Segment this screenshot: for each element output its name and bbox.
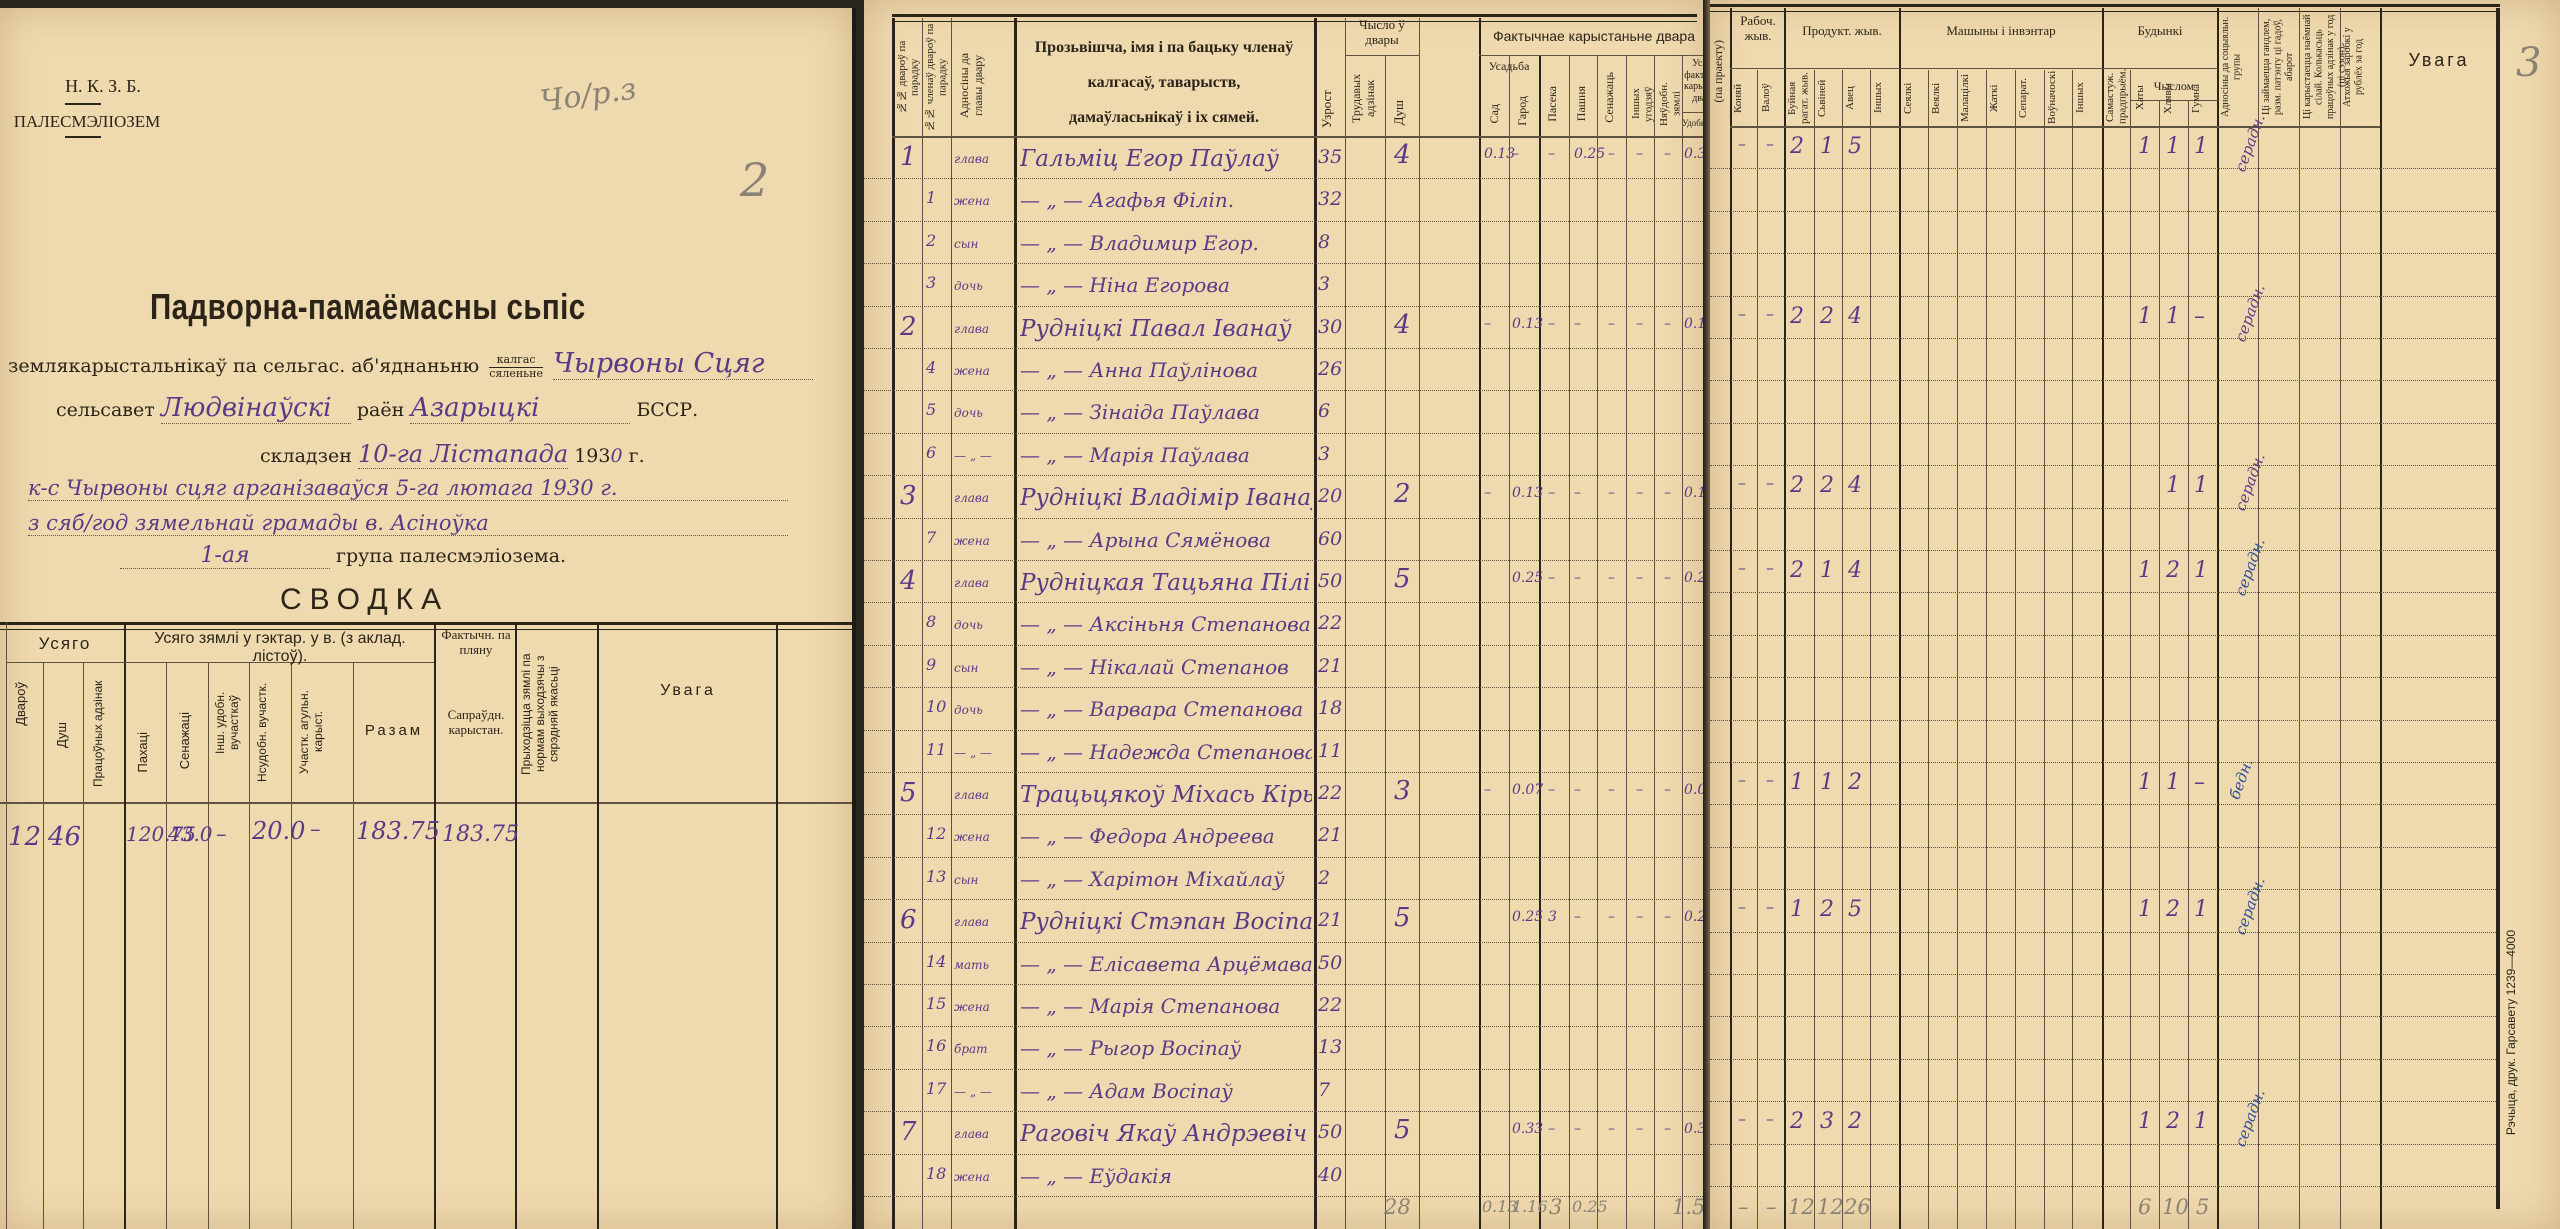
age: 18 — [1318, 697, 1342, 719]
inshykh: – — [1636, 146, 1643, 162]
member-name: — „ — Зінаіда Паўлава — [1020, 400, 1312, 424]
association-label: землякарыстальнікаў па сельгас. аб'яднан… — [8, 355, 479, 377]
age: 20 — [1318, 485, 1342, 507]
economy-konei: – — [1738, 473, 1746, 492]
age: 22 — [1318, 994, 1342, 1016]
relation: жена — [954, 830, 1012, 844]
total-valou: – — [1766, 1195, 1777, 1219]
economy-konei: – — [1738, 770, 1746, 789]
row-divider — [1710, 804, 2496, 805]
relation: — „ — — [954, 746, 1012, 760]
row-divider — [864, 518, 1707, 519]
economy-khaty: 1 — [2138, 897, 2152, 922]
relation: жена — [954, 1000, 1012, 1014]
row-divider — [1710, 635, 2496, 636]
member-name: Раговіч Якаў Андрэевіч — [1020, 1121, 1312, 1147]
senazh: – — [1608, 316, 1615, 332]
economy-avec: 4 — [1848, 473, 1862, 498]
row-divider — [864, 687, 1707, 688]
summary-col-insh-udobn: Інш. удобн. вучасткаў — [214, 670, 242, 775]
side-label: (па праекту) — [1712, 40, 1726, 103]
row-divider — [864, 306, 1707, 307]
right-col-header: Воўначоскі — [2046, 72, 2072, 124]
col-header-inshykh: Іншых угодзяў — [1630, 76, 1652, 132]
inshykh: – — [1636, 570, 1643, 586]
economy-avec: 4 — [1848, 304, 1862, 329]
member-name: — „ — Анна Паўлінова — [1020, 358, 1312, 382]
col-header-name: Прозьвішча, імя і па бацьку членаў калга… — [1034, 30, 1294, 136]
souls: 5 — [1394, 1115, 1411, 1145]
garod: 0.13 — [1512, 316, 1543, 332]
economy-group: серадн. — [2231, 875, 2268, 938]
niaud: – — [1664, 909, 1671, 925]
souls: 5 — [1394, 903, 1411, 933]
year-suffix: 0 — [610, 445, 622, 467]
org-underline — [65, 103, 101, 105]
right-totals-row: – – 12 12 26 6 10 5 — [1710, 1195, 2496, 1225]
niaud: – — [1664, 1121, 1671, 1137]
age: 26 — [1318, 358, 1342, 380]
economy-svin: 1 — [1820, 134, 1834, 159]
right-col-header: Коняй — [1732, 72, 1758, 124]
member-number: 7 — [926, 528, 936, 547]
member-rows: 1главаГальміц Егор Паўлаў3540.13––0.25––… — [864, 138, 1707, 1198]
member-name: — „ — Харітон Міхайлаў — [1020, 867, 1312, 891]
economy-gumna: – — [2194, 304, 2205, 329]
right-col-header: Атхожыя заробкі у рублёх за год — [2342, 12, 2380, 122]
row-divider — [1710, 677, 2496, 678]
col-header-niaudobn: Няўдобн. зямлі — [1658, 76, 1680, 132]
economy-khaty: 1 — [2138, 1109, 2152, 1134]
relation: глава — [954, 915, 1012, 929]
right-col-header: Гумна — [2190, 72, 2216, 124]
col-header-labour: Трудавых адзінак — [1350, 62, 1382, 134]
garod: 0.13 — [1512, 485, 1543, 501]
total-svin: 12 — [1817, 1195, 1844, 1219]
row-divider — [864, 1069, 1707, 1070]
group-value: 1-ая — [120, 543, 330, 569]
relation: глава — [954, 152, 1012, 166]
header-buildings: Будынкі — [2104, 24, 2216, 39]
economy-konei: – — [1738, 1109, 1746, 1128]
garod: 0.33 — [1512, 1121, 1543, 1137]
sad: – — [1484, 316, 1491, 332]
pashnia: – — [1574, 782, 1581, 798]
row-divider — [1710, 1186, 2496, 1187]
association-value: Чырвоны Сцяг — [553, 348, 813, 380]
niaud: – — [1664, 316, 1671, 332]
household-number: 5 — [900, 778, 917, 808]
right-col-header: Самастуж. прадпрыём. — [2104, 70, 2130, 124]
relation: сын — [954, 661, 1012, 675]
senazh: – — [1608, 782, 1615, 798]
economy-konei: – — [1738, 304, 1746, 323]
row-divider — [864, 730, 1707, 731]
org-underline-2 — [65, 136, 101, 138]
relation: дочь — [954, 406, 1012, 420]
relation: сын — [954, 873, 1012, 887]
summary-col-pakhaci: Пахаці — [136, 732, 151, 773]
line-association: землякарыстальнікаў па сельгас. аб'яднан… — [8, 348, 813, 380]
row-divider — [1710, 762, 2496, 763]
relation: жена — [954, 194, 1012, 208]
economy-valou: – — [1766, 897, 1774, 916]
age: 30 — [1318, 316, 1342, 338]
relation: дочь — [954, 703, 1012, 717]
total-rog: 12 — [1788, 1195, 1815, 1219]
paseka: – — [1548, 1121, 1555, 1137]
summary-col-dvorou: Двароў — [14, 682, 29, 726]
age: 11 — [1318, 740, 1342, 762]
member-name: — „ — Надежда Степанова — [1020, 740, 1312, 764]
total-gumna: 5 — [2196, 1195, 2209, 1219]
souls: 2 — [1394, 479, 1411, 509]
row-divider — [1710, 168, 2496, 169]
member-name: Рудніцкі Стэпан Восіпаў — [1020, 909, 1312, 935]
row-divider — [864, 942, 1707, 943]
row-divider — [864, 984, 1707, 985]
row-divider — [864, 645, 1707, 646]
right-col-header: Хаты — [2134, 72, 2160, 124]
relation: глава — [954, 1127, 1012, 1141]
printer-imprint: Рэчыца, друк. Гарсавету 1239—4000 — [2504, 930, 2518, 1135]
org-line2: ПАЛЕСМЭЛІОЗЕМ — [12, 112, 162, 132]
inshykh: – — [1636, 316, 1643, 332]
summary-col-razam: Разам — [356, 722, 432, 739]
economy-avec: 2 — [1848, 770, 1862, 795]
summary-value-sapraudn: 183.75 — [442, 822, 519, 847]
left-page: Н. К. З. Б. ПАЛЕСМЭЛІОЗЕМ Чо/р.з 2 Падво… — [0, 8, 856, 1229]
total-garod: 1.16 — [1512, 1197, 1548, 1216]
inshykh: – — [1636, 909, 1643, 925]
inshykh: – — [1636, 1121, 1643, 1137]
economy-group: серадн. — [2231, 1087, 2268, 1150]
economy-konei: – — [1738, 558, 1746, 577]
row-divider — [1710, 296, 2496, 297]
household-number: 4 — [900, 566, 917, 596]
pashnia: 0.25 — [1574, 146, 1605, 162]
row-divider — [1710, 1144, 2496, 1145]
frac-bottom: сяленьне — [489, 368, 543, 380]
summary-value-nsudobn: 20.0 — [252, 817, 305, 845]
summary-header-total: Усяго — [8, 634, 122, 654]
economy-avec: 2 — [1848, 1109, 1862, 1134]
col-header-senazhac: Сенажаць — [1603, 72, 1617, 123]
header-uvaga: Увага — [2382, 50, 2496, 71]
economy-group: серадн. — [2231, 536, 2268, 599]
age: 21 — [1318, 655, 1342, 677]
economy-khliavy: 1 — [2166, 304, 2180, 329]
relation: жена — [954, 534, 1012, 548]
economy-rog: 2 — [1790, 558, 1804, 583]
right-col-header: Малацілкі — [1959, 72, 1985, 124]
economy-khaty: 1 — [2138, 304, 2152, 329]
age: 7 — [1318, 1079, 1330, 1101]
document-title: Падворна-памаёмасны сьпіс — [150, 286, 586, 328]
row-divider — [1710, 720, 2496, 721]
paseka: – — [1548, 485, 1555, 501]
relation: глава — [954, 576, 1012, 590]
age: 32 — [1318, 188, 1342, 210]
right-col-header: Ці карыстаецца наёмнай сілай. Колькасьць… — [2302, 12, 2340, 122]
row-divider — [864, 1111, 1707, 1112]
col-header-sad: Сад — [1488, 104, 1502, 123]
row-divider — [1710, 1101, 2496, 1102]
economy-khliavy: 2 — [2166, 1109, 2180, 1134]
senazh: – — [1608, 570, 1615, 586]
handwritten-note-1: к-с Чырвоны сцяг арганізаваўся 5-га люта… — [28, 476, 788, 501]
niaud: – — [1664, 485, 1671, 501]
paseka: – — [1548, 570, 1555, 586]
member-name: — „ — Федора Андреева — [1020, 824, 1312, 848]
pashnia: – — [1574, 316, 1581, 332]
member-name: — „ — Арына Сямёнова — [1020, 528, 1312, 552]
raion-value: Азарыцкі — [410, 393, 630, 424]
line-selsovet: сельсавет Людвінаўскі раён Азарыцкі БССР… — [56, 393, 698, 424]
row-divider — [864, 857, 1707, 858]
row-divider — [1710, 465, 2496, 466]
economy-avec: 5 — [1848, 897, 1862, 922]
pencil-page-number: 2 — [740, 153, 769, 207]
year-prefix: 193 — [574, 445, 610, 467]
row-divider — [864, 1026, 1707, 1027]
raion-label: раён — [357, 399, 404, 421]
relation: — „ — — [954, 1085, 1012, 1099]
economy-gumna: 1 — [2194, 473, 2208, 498]
member-number: 11 — [926, 740, 946, 759]
pashnia: – — [1574, 485, 1581, 501]
niaud: – — [1664, 146, 1671, 162]
relation: жена — [954, 364, 1012, 378]
age: 13 — [1318, 1036, 1342, 1058]
relation: брат — [954, 1042, 1012, 1056]
middle-page: №№ двароў па парадку №№ членаў двароў па… — [864, 0, 1707, 1229]
row-divider — [864, 814, 1707, 815]
garod: – — [1512, 146, 1519, 162]
member-number: 13 — [926, 867, 946, 886]
household-number: 6 — [900, 905, 917, 935]
senazh: – — [1608, 1121, 1615, 1137]
age: 21 — [1318, 824, 1342, 846]
age: 21 — [1318, 909, 1342, 931]
economy-group: серадн. — [2231, 281, 2268, 344]
household-number: 1 — [900, 142, 917, 172]
col-header-paseka: Пасека — [1546, 86, 1560, 122]
member-number: 8 — [926, 612, 936, 631]
relation: — „ — — [954, 449, 1012, 463]
row-divider — [864, 1154, 1707, 1155]
paseka: – — [1548, 782, 1555, 798]
paseka: – — [1548, 316, 1555, 332]
right-pencil-number: 3 — [2516, 40, 2541, 86]
garod: 0.25 — [1512, 570, 1543, 586]
row-divider — [864, 178, 1707, 179]
compiled-label: складзен — [260, 445, 352, 467]
member-number: 10 — [926, 697, 946, 716]
member-name: — „ — Елісавета Арцёмава — [1020, 952, 1312, 976]
economy-valou: – — [1766, 770, 1774, 789]
year-g: г. — [629, 445, 645, 467]
summary-col-nsudobn: Нсудобн. вучастк. — [256, 682, 270, 782]
age: 50 — [1318, 570, 1342, 592]
col-header-pashnia: Пашня — [1575, 86, 1589, 121]
row-divider — [1710, 592, 2496, 593]
economy-gumna: 1 — [2194, 558, 2208, 583]
age: 3 — [1318, 273, 1330, 295]
summary-col-uvaga: Увага — [600, 682, 776, 700]
row-divider — [864, 899, 1707, 900]
pashnia: – — [1574, 1121, 1581, 1137]
right-col-header: Адносіны да соцыяльн. групы — [2220, 12, 2258, 122]
economy-valou: – — [1766, 558, 1774, 577]
member-number: 12 — [926, 824, 946, 843]
economy-group: серадн. — [2231, 451, 2268, 514]
pencil-note: Чо/р.з — [538, 71, 638, 119]
niaud: – — [1664, 570, 1671, 586]
age: 50 — [1318, 952, 1342, 974]
economy-khaty: 1 — [2138, 134, 2152, 159]
row-divider — [1710, 211, 2496, 212]
group-label: група палесмэліозема. — [336, 545, 566, 567]
right-col-header: Хлявы — [2162, 72, 2188, 124]
summary-col-senazhaci: Сенажаці — [178, 712, 193, 769]
age: 22 — [1318, 782, 1342, 804]
economy-gumna: 1 — [2194, 897, 2208, 922]
economy-svin: 1 — [1820, 770, 1834, 795]
total-pashnia: 0.25 — [1572, 1197, 1608, 1216]
souls: 4 — [1394, 140, 1411, 170]
summary-value-senazhaci: 43.0 — [168, 822, 213, 846]
summary-value-insh: – — [216, 822, 227, 846]
inshykh: – — [1636, 782, 1643, 798]
right-col-header: Сепарат. — [2017, 72, 2043, 124]
economy-rog: 2 — [1790, 304, 1804, 329]
member-number: 5 — [926, 400, 936, 419]
col-header-member-no: №№ членаў двароў па парадку — [924, 22, 950, 132]
total-avec: 26 — [1844, 1195, 1871, 1219]
summary-table: Усяго Усяго зямлі у гэктар. у в. (з акла… — [0, 622, 852, 1229]
garod: 0.25 — [1512, 909, 1543, 925]
member-name: — „ — Аксіньня Степанова — [1020, 612, 1312, 636]
economy-gumna: 1 — [2194, 134, 2208, 159]
economy-valou: – — [1766, 134, 1774, 153]
row-divider — [1710, 847, 2496, 848]
member-name: Гальміц Егор Паўлаў — [1020, 146, 1312, 172]
economy-gumna: – — [2194, 770, 2205, 795]
member-number: 9 — [926, 655, 936, 674]
household-number: 7 — [900, 1117, 917, 1147]
garod: 0.07 — [1512, 782, 1543, 798]
row-divider — [1710, 974, 2496, 975]
relation: глава — [954, 788, 1012, 802]
relation: глава — [954, 322, 1012, 336]
row-divider — [1710, 423, 2496, 424]
economy-khliavy: 1 — [2166, 134, 2180, 159]
row-divider — [864, 390, 1707, 391]
row-divider — [1710, 338, 2496, 339]
selsovet-label: сельсавет — [56, 399, 155, 421]
summary-header-land: Усяго зямлі у гэктар. у в. (з аклад. ліс… — [130, 630, 430, 667]
row-divider — [864, 772, 1707, 773]
economy-khliavy: 1 — [2166, 770, 2180, 795]
member-name: — „ — Марія Степанова — [1020, 994, 1312, 1018]
summary-col-dush: Душ — [55, 722, 70, 748]
summary-value-agulnaga: – — [310, 817, 321, 841]
economy-khaty: 1 — [2138, 770, 2152, 795]
col-header-count-group: Чысло ў двары — [1346, 18, 1418, 48]
col-header-garod: Гарод — [1516, 96, 1530, 126]
economy-khliavy: 1 — [2166, 473, 2180, 498]
economy-valou: – — [1766, 304, 1774, 323]
row-divider — [864, 475, 1707, 476]
relation: дочь — [954, 618, 1012, 632]
relation: сын — [954, 237, 1012, 251]
economy-khaty: 1 — [2138, 558, 2152, 583]
header-machinery: Машыны і інвэнтар — [1902, 24, 2100, 39]
right-col-header: Ці займаецца гандлем, разм. патэнту ці г… — [2261, 12, 2299, 122]
member-number: 2 — [926, 231, 936, 250]
member-name: — „ — Нікалай Степанов — [1020, 655, 1312, 679]
total-konei: – — [1738, 1195, 1749, 1219]
selsovet-value: Людвінаўскі — [161, 393, 351, 424]
member-name: — „ — Агафья Філіп. — [1020, 188, 1312, 212]
right-col-header: Сеялкі — [1902, 72, 1928, 124]
bssr-label: БССР. — [636, 399, 698, 421]
right-col-header: Іншых — [2074, 72, 2100, 124]
niaud: – — [1664, 782, 1671, 798]
summary-col-norm: Прыходзіцца зямлі па нормам выходзячы з … — [520, 630, 561, 798]
age: 40 — [1318, 1164, 1342, 1186]
senazh: – — [1608, 146, 1615, 162]
compiled-date: 10-га Лістапада — [358, 440, 568, 469]
right-col-header: Іншых — [1872, 72, 1898, 124]
member-name: — „ — Ніна Егорова — [1020, 273, 1312, 297]
economy-rog: 2 — [1790, 473, 1804, 498]
col-header-souls: Душ — [1392, 100, 1407, 125]
summary-header-fact: Фактычн. па пляну — [438, 628, 514, 658]
economy-rog: 1 — [1790, 897, 1804, 922]
member-number: 14 — [926, 952, 946, 971]
row-divider — [1710, 1059, 2496, 1060]
age: 2 — [1318, 867, 1330, 889]
summary-title: СВОДКА — [280, 583, 449, 617]
relation: жена — [954, 1170, 1012, 1184]
summary-value-razam: 183.75 — [356, 817, 440, 845]
right-col-header: Авец — [1844, 72, 1870, 124]
economy-khliavy: 2 — [2166, 897, 2180, 922]
member-name: — „ — Варвара Степанова — [1020, 697, 1312, 721]
economy-rog: 1 — [1790, 770, 1804, 795]
member-number: 6 — [926, 443, 936, 462]
row-divider — [864, 602, 1707, 603]
age: 60 — [1318, 528, 1342, 550]
member-name: — „ — Марія Паўлава — [1020, 443, 1312, 467]
row-divider — [864, 348, 1707, 349]
member-name: — „ — Владимир Егор. — [1020, 231, 1312, 255]
row-divider — [864, 560, 1707, 561]
souls: 4 — [1394, 310, 1411, 340]
member-number: 18 — [926, 1164, 946, 1183]
sad: – — [1484, 782, 1491, 798]
row-divider — [1710, 380, 2496, 381]
row-divider — [1710, 932, 2496, 933]
household-number: 3 — [900, 481, 917, 511]
total-souls: 28 — [1384, 1195, 1411, 1219]
total-paseka: 3 — [1549, 1195, 1562, 1219]
paseka: 3 — [1548, 909, 1557, 925]
row-divider — [864, 433, 1707, 434]
inshykh: – — [1636, 485, 1643, 501]
